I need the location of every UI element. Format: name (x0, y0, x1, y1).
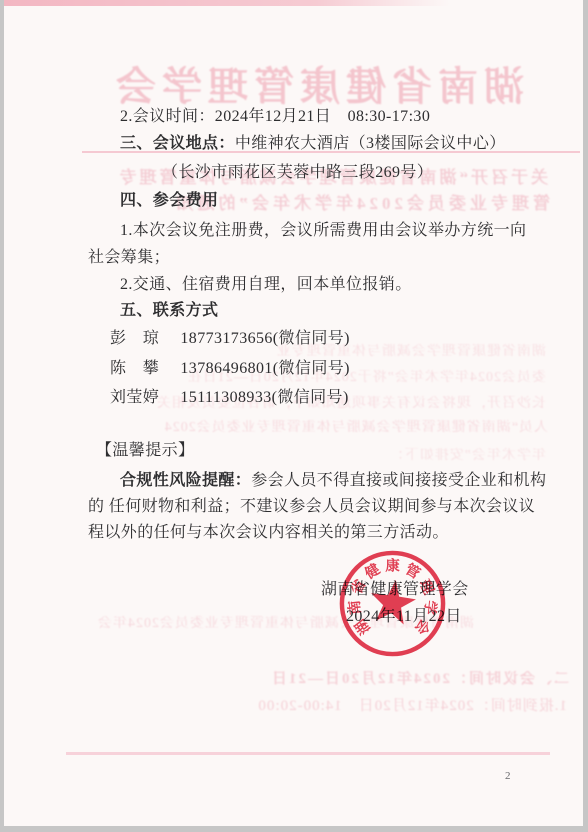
contact-name: 彭 琼 (110, 329, 172, 348)
contact-row: 陈 攀 13786496801(微信同号) (110, 359, 350, 378)
svg-text:省: 省 (348, 576, 370, 597)
svg-text:学: 学 (421, 599, 440, 616)
tips-line1: 合规性风险提醒：参会人员不得直接或间接接受企业和机构 (120, 471, 546, 490)
contact-row: 刘莹婷 15111308933(微信同号) (110, 388, 349, 407)
fees-item2: 2.交通、住宿费用自理，回本单位报销。 (120, 275, 412, 294)
official-seal: 湖南省健康管理学会 (333, 544, 452, 663)
contact-row: 彭 琼 18773173656(微信同号) (110, 329, 350, 348)
contact-phone: 13786496801(微信同号) (180, 359, 349, 378)
location-value: 中维神农大酒店（3楼国际会议中心） (235, 135, 506, 152)
bleedthrough-top-rule (4, 0, 450, 6)
bleedthrough-line: 二、会议时间：2024年12月20日—21日 (169, 671, 569, 688)
bleedthrough-underline (82, 151, 580, 153)
tips-line3: 程以外的任何与本次会议内容相关的第三方活动。 (88, 523, 449, 542)
contact-phone: 18773173656(微信同号) (180, 329, 349, 348)
location-address: （长沙市雨花区芙蓉中路三段269号） (162, 163, 433, 182)
scanned-document-page: 湖南省健康管理学会关于召开“湖南省健康管理学会减脂与体重管理专管理专业委员会20… (4, 0, 583, 826)
page-number: 2 (505, 770, 511, 782)
svg-text:理: 理 (416, 577, 438, 598)
bleedthrough-bottom-rule (66, 752, 550, 755)
star-icon (367, 577, 418, 626)
contacts-heading: 五、联系方式 (120, 301, 218, 320)
svg-text:康: 康 (385, 556, 400, 574)
contact-name: 陈 攀 (110, 359, 172, 378)
bleedthrough-line: 年学术年会”安排如下： (304, 448, 546, 464)
tips-line2: 的 任何财物和利益；不建议参会人员会议期间参与本次会议议 (88, 497, 535, 516)
meeting-time-line: 2.会议时间：2024年12月21日 08:30-17:30 (120, 107, 430, 126)
bleedthrough-line: 人员“湖南省健康管理学会减脂与体重管理专业委员会2024 (82, 420, 548, 436)
tips-bold-label: 合规性风险提醒： (120, 472, 251, 489)
location-label: 三、会议地点： (120, 135, 235, 152)
tips-header: 【温馨提示】 (96, 441, 194, 460)
tips-line1-rest: 参会人员不得直接或间接接受企业和机构 (251, 472, 546, 489)
bleedthrough-line: 湖南省健康管理学会 (94, 64, 524, 110)
fees-item1-line2: 社会筹集； (88, 248, 170, 267)
bleedthrough-line: 1.报到时间：2024年12月20日 14:00-20:00 (119, 698, 567, 715)
contact-name: 刘莹婷 (110, 388, 172, 407)
fees-heading: 四、参会费用 (120, 191, 218, 210)
contact-phone: 15111308933(微信同号) (180, 388, 348, 407)
fees-item1-line1: 1.本次会议免注册费，会议所需费用由会议举办方统一向 (120, 221, 526, 240)
svg-text:南: 南 (345, 599, 364, 615)
